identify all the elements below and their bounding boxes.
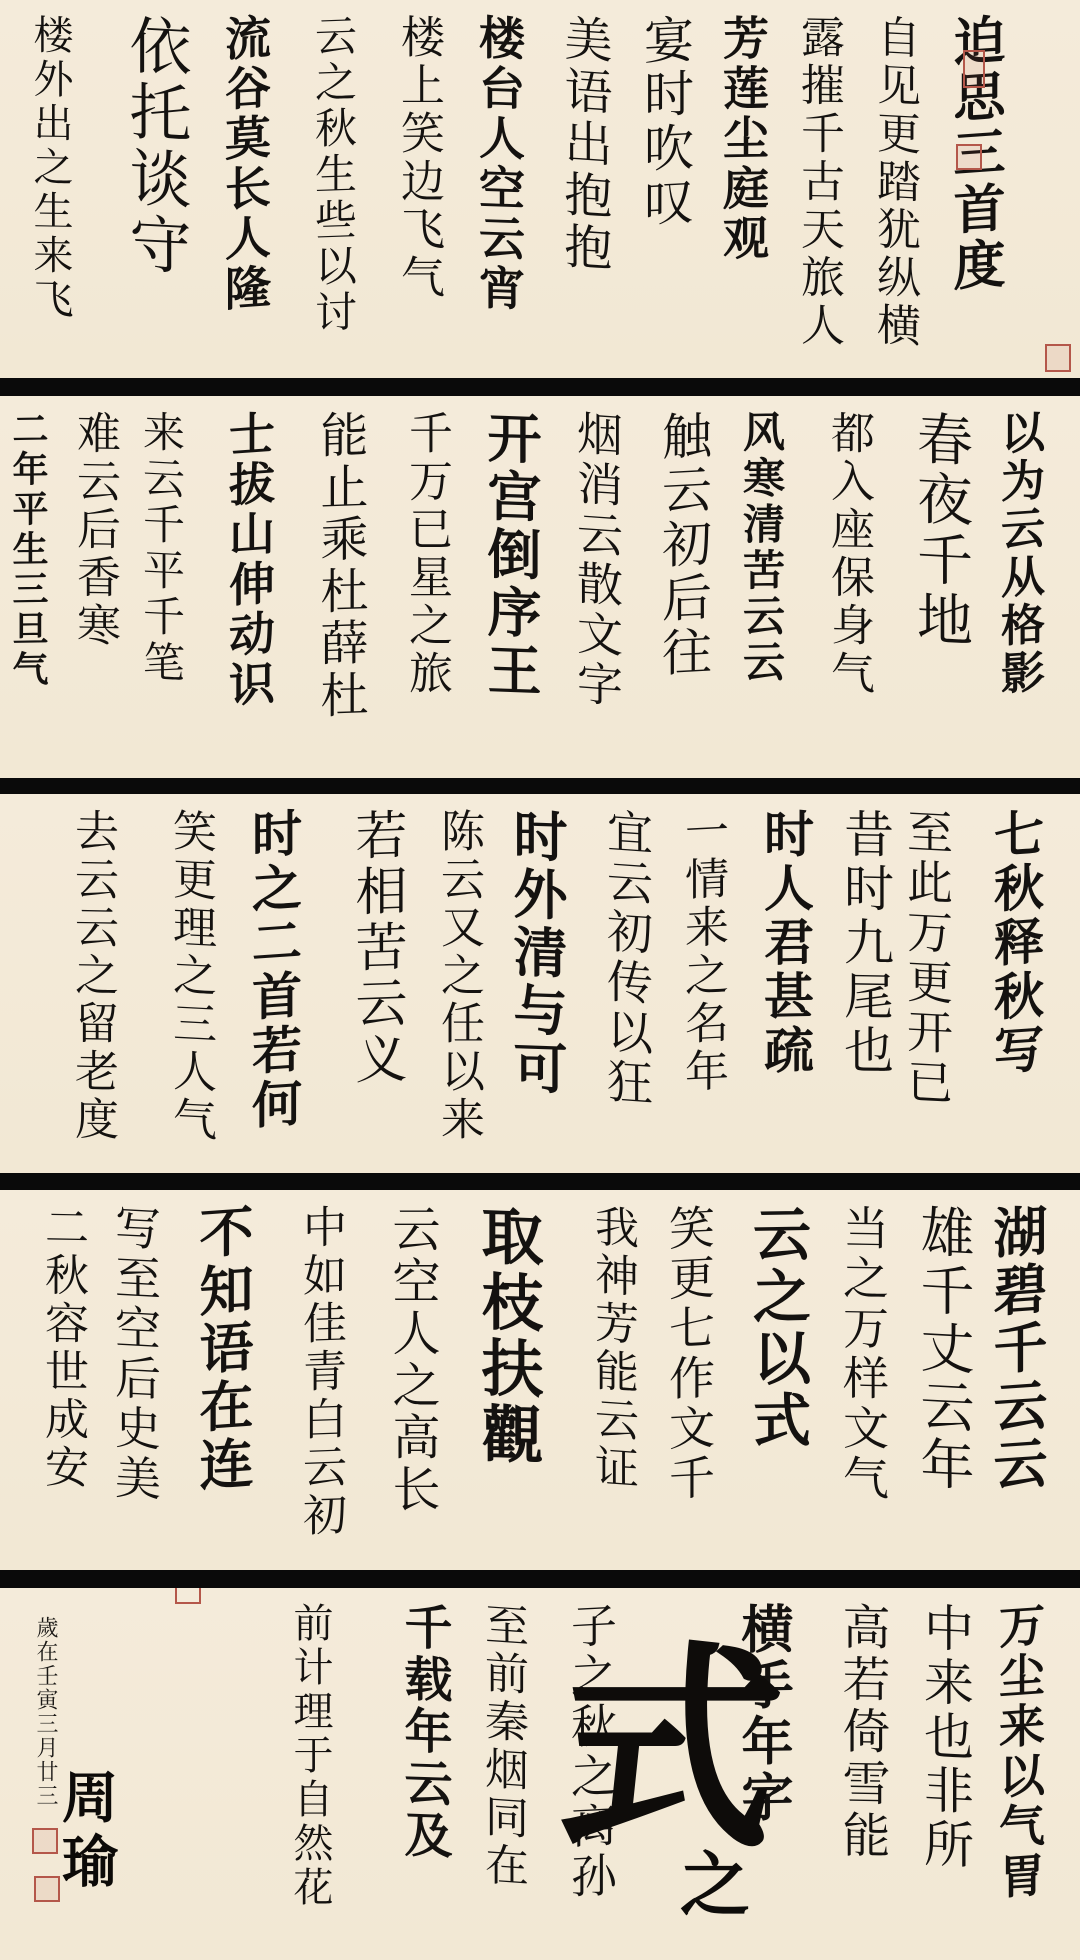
calligraphy-column: 当之万样文气 [840,1204,886,1505]
calligraphy-column: 云空人之高长 [388,1204,436,1516]
calligraphy-column: 二秋容世成安 [40,1204,84,1493]
panel-divider [0,778,1080,794]
calligraphy-column: 士拔山伸动识 [226,408,272,711]
calligraphy-column: 千载年云及 [400,1601,448,1863]
red-seal-stamp [1045,344,1071,372]
calligraphy-panel-4: 湖碧千云云雄千丈云年当之万样文气云之以式笑更七作文千我神芳能云证取枝扶觀云空人之… [0,1190,1080,1570]
red-seal-stamp [956,144,982,170]
calligraphy-column: 芳莲尘庭观 [720,14,766,265]
calligraphy-column: 烟消云散文字 [574,408,620,711]
calligraphy-column: 以为云从格影 [996,408,1040,699]
calligraphy-column: 依托谈守 [124,12,186,279]
panel-divider [0,1570,1080,1588]
calligraphy-column: 宜云初传以狂 [604,806,650,1109]
feature-character: 式 [548,1640,791,1860]
calligraphy-column: 雄千丈云年 [916,1203,970,1496]
red-seal-stamp [32,1828,58,1854]
calligraphy-column: 楼上笑边飞气 [396,14,440,302]
calligraphy-column: 时外清与可 [510,807,564,1099]
calligraphy-column: 难云后香寒 [72,410,116,651]
calligraphy-column: 中如佳青白云初 [298,1203,342,1541]
calligraphy-column: 都入座保身气 [826,410,870,699]
calligraphy-column: 时人君甚疏 [760,808,810,1079]
calligraphy-column: 至前秦烟同在 [480,1600,524,1891]
calligraphy-column: 露摧千古天旅人 [796,14,840,351]
calligraphy-column: 前计理于自然花 [290,1602,330,1910]
calligraphy-column: 七秋释秋写 [990,806,1040,1079]
calligraphy-panel-1: 迫思三首度自见更踏犹纵横露摧千古天旅人芳莲尘庭观宴时吹叹美语出抱抱楼台人空云宵楼… [0,0,1080,378]
calligraphy-column: 开宫倒序王 [484,409,538,701]
calligraphy-column: 流谷莫长人隆 [222,12,268,315]
calligraphy-column: 中来也非所 [920,1601,970,1874]
panel-divider [0,1173,1080,1190]
red-seal-stamp [175,1588,201,1604]
panel-divider [0,378,1080,396]
calligraphy-column: 去云云之留老度 [70,808,114,1145]
feature-character-tail: 之 [680,1850,750,1920]
calligraphy-panel-5: 歲在壬寅三月廿三 周瑜 万尘来以气胃中来也非所高若倚雪能横手年字子之秋之离孙至前… [0,1588,1080,1960]
calligraphy-column: 能止乘杜薛杜 [316,409,364,723]
calligraphy-column: 万尘来以气胃 [996,1600,1042,1903]
calligraphy-column: 来云千平千笔 [140,409,182,687]
calligraphy-column: 昔时九尾也 [840,808,890,1079]
calligraphy-column: 云之秋生些以讨 [312,13,354,336]
calligraphy-column: 云之以式 [748,1203,806,1452]
calligraphy-column: 湖碧千云云 [990,1202,1044,1496]
calligraphy-column: 千万已星之旅 [404,410,448,698]
calligraphy-column: 春夜千地 [912,409,968,652]
calligraphy-column: 笑更七作文千 [666,1203,712,1505]
calligraphy-column: 陈云又之任以来 [436,808,480,1144]
calligraphy-column: 一情来之名年 [680,807,724,1097]
calligraphy-column: 取枝扶觀 [476,1203,538,1469]
calligraphy-panel-3: 七秋释秋写至此万更开已昔时九尾也时人君甚疏一情来之名年宜云初传以狂时外清与可陈云… [0,794,1080,1173]
calligraphy-column: 笑更理之三人气 [168,807,212,1145]
calligraphy-column: 宴时吹叹 [640,13,690,232]
calligraphy-column: 若相苦云义 [350,807,402,1089]
calligraphy-column: 触云初后往 [658,409,708,682]
calligraphy-column: 不知语在连 [196,1202,250,1496]
calligraphy-column: 时之二首若何 [248,806,298,1133]
calligraphy-column: 我神芳能云证 [590,1202,634,1493]
calligraphy-column: 美语出抱抱 [560,12,608,275]
calligraphy-column: 风寒清苦云云 [740,410,782,687]
red-seal-stamp [963,50,985,88]
calligraphy-column: 高若倚雪能 [838,1602,886,1863]
calligraphy-column: 楼台人空云宵 [476,13,522,315]
calligraphy-column: 二年平生三旦气 [10,410,46,691]
calligraphy-column: 楼外出之生来飞 [30,14,70,323]
calligraphy-column: 自见更踏犹纵横 [872,13,916,351]
calligraphy-column: 写至空后史美 [112,1203,158,1505]
calligraphy-column: 至此万更开已 [904,807,950,1109]
red-seal-stamp [34,1876,60,1902]
calligraphy-panel-2: 以为云从格影春夜千地都入座保身气风寒清苦云云触云初后往烟消云散文字开宫倒序王千万… [0,396,1080,778]
